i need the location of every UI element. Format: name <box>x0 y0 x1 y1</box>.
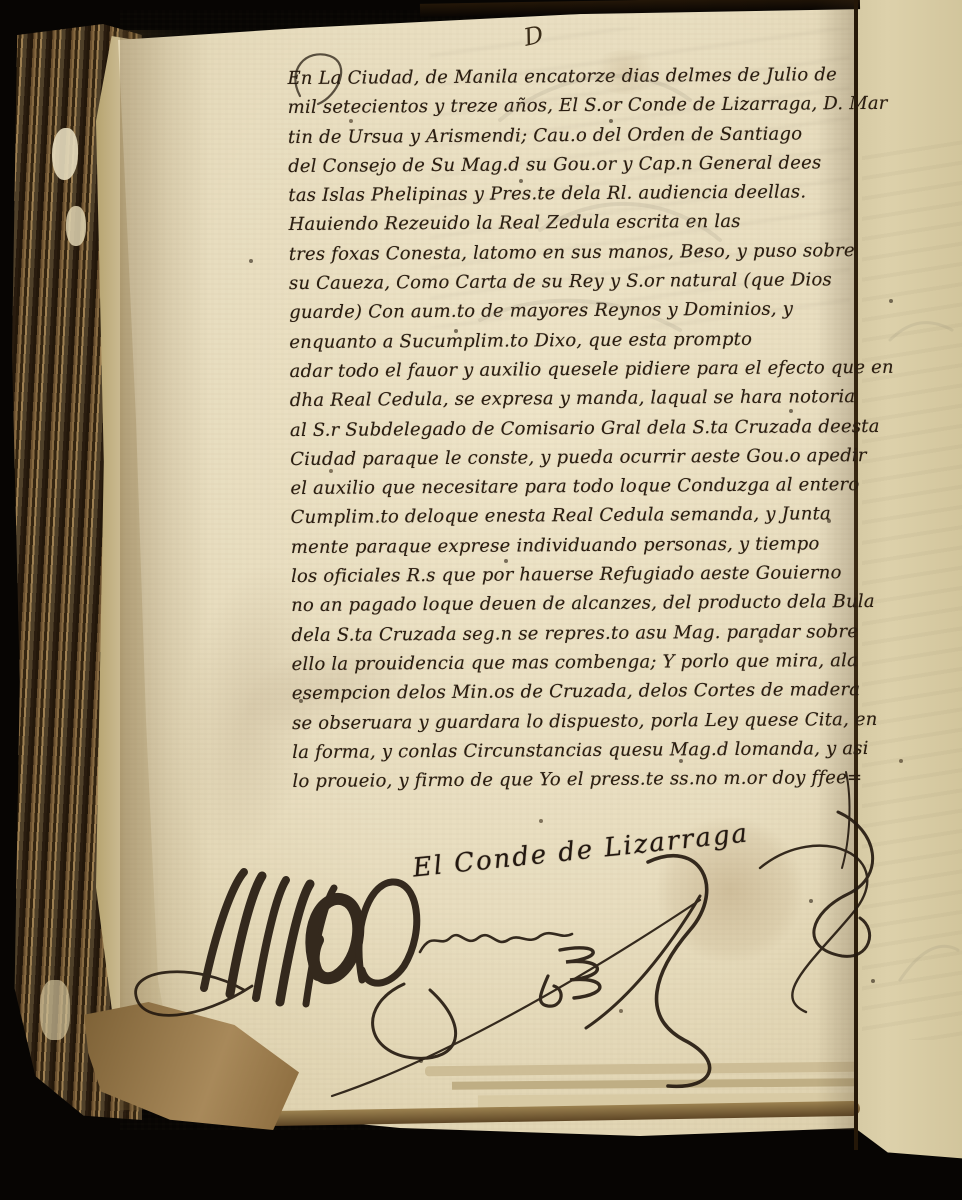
manuscript-line: En La Ciudad, de Manila encatorze dias d… <box>287 60 872 93</box>
paper-scrap <box>66 206 86 246</box>
manuscript-line: el auxilio que necesitare para todo loqu… <box>290 470 875 503</box>
manuscript-line: esempcion delos Min.os de Cruzada, delos… <box>292 675 877 708</box>
page-left-shadow <box>120 30 210 1110</box>
foxing-speckles <box>0 0 2 2</box>
manuscript-line: dela S.ta Cruzada seg.n se repres.to asu… <box>291 617 876 650</box>
manuscript-line: mil setecientos y treze años, El S.or Co… <box>288 89 873 122</box>
manuscript-line: tres foxas Conesta, latomo en sus manos,… <box>289 236 874 269</box>
manuscript-line: adar todo el fauor y auxilio quesele pid… <box>289 353 874 386</box>
manuscript-line: Hauiendo Rezeuido la Real Zedula escrita… <box>288 206 873 239</box>
manuscript-line: no an pagado loque deuen de alcanzes, de… <box>291 587 876 620</box>
archival-photo: D En La Ciudad, de Manila encatorze dias… <box>0 0 962 1200</box>
manuscript-line: lo proueio, y firmo de que Yo el press.t… <box>292 763 877 796</box>
manuscript-text: En La Ciudad, de Manila encatorze dias d… <box>287 60 877 796</box>
right-leaf-bleedthrough <box>862 140 962 1040</box>
paper-scrap <box>40 980 70 1040</box>
manuscript-line: del Consejo de Su Mag.d su Gou.or y Cap.… <box>288 148 873 181</box>
manuscript-line: dha Real Cedula, se expresa y manda, laq… <box>290 382 875 415</box>
manuscript-line: mente paraque exprese individuando perso… <box>291 529 876 562</box>
manuscript-line: enquanto a Sucumplim.to Dixo, que esta p… <box>289 324 874 357</box>
manuscript-line: tin de Ursua y Arismendi; Cau.o del Orde… <box>288 119 873 152</box>
manuscript-line: Ciudad paraque le conste, y pueda ocurri… <box>290 441 875 474</box>
manuscript-line: los oficiales R.s que por hauerse Refugi… <box>291 558 876 591</box>
paper-scrap <box>52 128 78 180</box>
manuscript-line: guarde) Con aum.to de mayores Reynos y D… <box>289 294 874 327</box>
manuscript-line: ello la prouidencia que mas combenga; Y … <box>292 646 877 679</box>
manuscript-line: tas Islas Phelipinas y Pres.te dela Rl. … <box>288 177 873 210</box>
manuscript-line: la forma, y conlas Circunstancias quesu … <box>292 734 877 767</box>
manuscript-line: su Caueza, Como Carta de su Rey y S.or n… <box>289 265 874 298</box>
manuscript-line: al S.r Subdelegado de Comisario Gral del… <box>290 412 875 445</box>
manuscript-line: se obseruara y guardara lo dispuesto, po… <box>292 704 877 737</box>
manuscript-line: Cumplim.to deloque enesta Real Cedula se… <box>291 499 876 532</box>
